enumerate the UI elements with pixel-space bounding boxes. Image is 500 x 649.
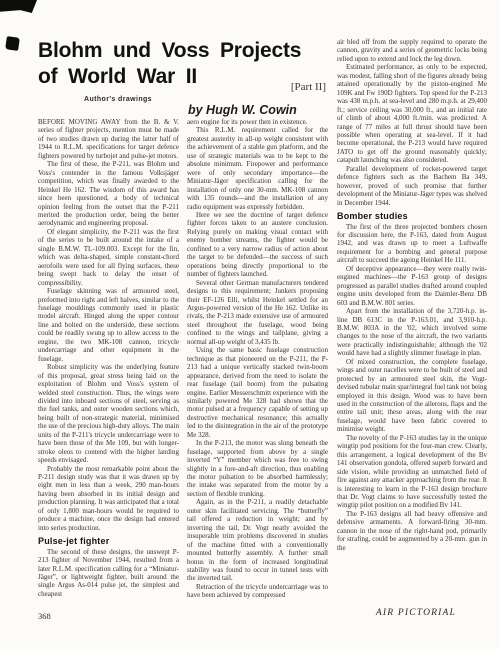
body-paragraph: The P-163 designs all had heavy offensiv… xyxy=(337,510,487,552)
body-paragraph: In the P-213, the motor was slung beneat… xyxy=(187,439,328,498)
page-number: 368 xyxy=(38,611,51,621)
page-content: Blohm und Voss Projects of World War II … xyxy=(38,38,487,608)
article-header: Blohm und Voss Projects of World War II … xyxy=(38,38,328,118)
body-paragraph: Estimated performance, as only to be exp… xyxy=(337,63,487,164)
body-paragraph: Probably the most remarkable point about… xyxy=(38,465,179,533)
body-paragraph: Of elegant simplicity, the P-211 was the… xyxy=(38,228,179,287)
byline: by Hugh W. Cowin xyxy=(188,103,297,117)
body-paragraph: Using the same basic fuselage constructi… xyxy=(187,346,328,439)
body-paragraph: air bled off from the supply required to… xyxy=(337,38,487,63)
title-line-2: of World War II xyxy=(38,64,328,90)
body-paragraph: Parallel development of rocket-powered t… xyxy=(337,165,487,207)
body-paragraph: Several other German manufacturers tende… xyxy=(187,279,328,347)
body-paragraph: Here we see the doctrine of target defen… xyxy=(187,211,328,279)
scan-ink-mark xyxy=(5,36,20,51)
body-paragraph: The second of these designs, the unswept… xyxy=(38,548,179,599)
body-paragraph: Fuselage skinning was of armoured steel,… xyxy=(38,287,179,363)
body-paragraph: The first of these, the P-211, was Blohm… xyxy=(38,160,179,228)
column-right: air bled off from the supply required to… xyxy=(337,38,487,601)
body-paragraph: Apart from the installation of the 3,720… xyxy=(337,307,487,358)
author-drawings-credit: Author's drawings xyxy=(84,96,152,103)
part-label: [Part II] xyxy=(291,81,326,93)
body-paragraph: This R.L.M. requirement called for the g… xyxy=(187,126,328,211)
journal-name: AIR PICTORIAL xyxy=(376,608,456,618)
column-middle: aero engine for its power then in existe… xyxy=(187,118,328,608)
body-paragraph: Of deceptive appearance—they were really… xyxy=(337,265,487,307)
body-paragraph: Of mixed construction, the complete fuse… xyxy=(337,358,487,434)
body-paragraph: BEFORE MOVING AWAY from the B. & V. seri… xyxy=(38,118,179,160)
body-paragraph: aero engine for its power then in existe… xyxy=(187,118,328,126)
article-title: Blohm und Voss Projects of World War II xyxy=(38,38,328,90)
body-paragraph: Retraction of the tricycle undercarriage… xyxy=(187,583,328,600)
body-paragraph: Robust simplicity was the underlying fea… xyxy=(38,363,179,464)
body-paragraph: The novelty of the P-163 studies lay in … xyxy=(337,434,487,510)
body-paragraph: Again, as in the P-211, a readily detach… xyxy=(187,498,328,583)
scan-ink-mark xyxy=(0,0,37,13)
title-and-left-columns: Blohm und Voss Projects of World War II … xyxy=(38,38,328,608)
body-columns: BEFORE MOVING AWAY from the B. & V. seri… xyxy=(38,118,328,608)
section-heading-bomber-studies: Bomber studies xyxy=(337,212,487,220)
column-left: BEFORE MOVING AWAY from the B. & V. seri… xyxy=(38,118,179,608)
body-paragraph: The first of the three projected bombers… xyxy=(337,223,487,265)
magazine-page: Blohm und Voss Projects of World War II … xyxy=(0,0,500,649)
section-heading-pulse-jet-fighter: Pulse-jet fighter xyxy=(38,537,179,545)
title-line-1: Blohm und Voss Projects xyxy=(38,38,328,64)
